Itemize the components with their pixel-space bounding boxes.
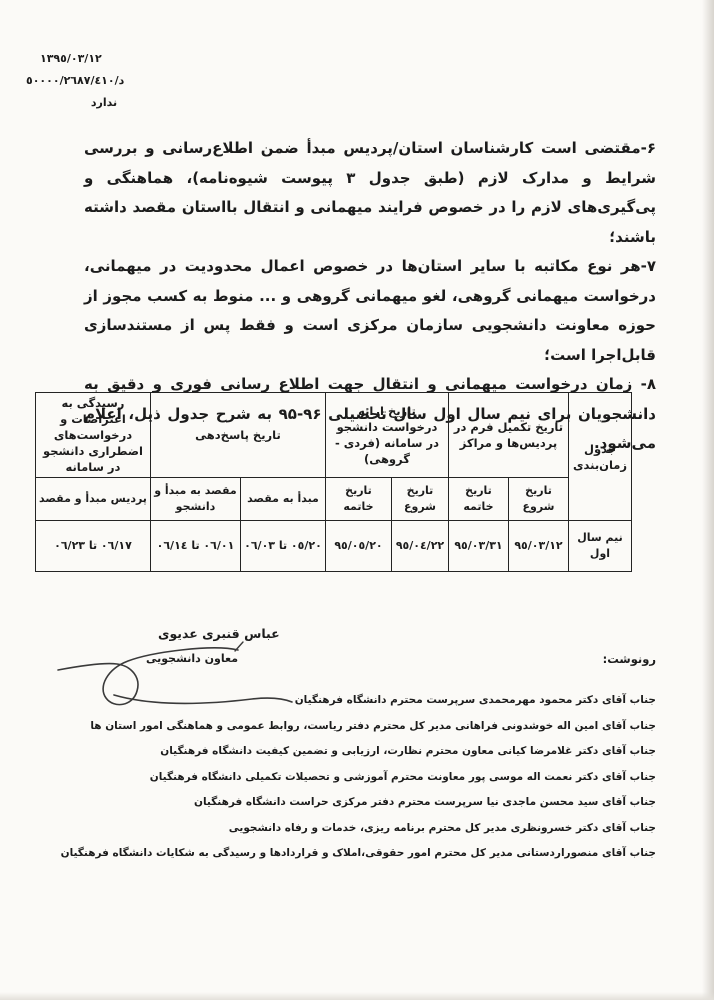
dest-to-origin-header: مقصد به مبدأ و دانشجو (150, 478, 240, 521)
student-request-group-header: تاریخ ارائه درخواست دانشجو در سامانه (فر… (325, 393, 448, 478)
cc-item: جناب آقای منصوراردستانی مدیر کل محترم ام… (116, 841, 656, 867)
cc-item: جناب آقای سید محسن ماجدی نیا سرپرست محتر… (116, 790, 656, 816)
objections-cell: ٠٦/١٧ تا ٠٦/٢٣ (35, 521, 150, 572)
cc-item: جناب آقای دکتر محمود مهرمحمدی سرپرست محت… (116, 688, 656, 714)
objections-group-header: رسیدگی به اعتراضات و درخواست‌های اضطراری… (35, 393, 150, 478)
request-end-header: تاریخ خاتمه (325, 478, 391, 521)
form-end-cell: ٩٥/٠٣/٣١ (448, 521, 508, 572)
response-group-header: تاریخ پاسخ‌دهی (150, 393, 325, 478)
form-completion-group-header: تاریخ تکمیل فرم در پردیس‌ها و مراکز (448, 393, 568, 478)
schedule-table: جدول زمان‌بندی تاریخ تکمیل فرم در پردیس‌… (35, 392, 632, 572)
cc-list: جناب آقای دکتر محمود مهرمحمدی سرپرست محت… (116, 688, 656, 867)
letterhead-fields: ١٣٩٥/٠٣/١٢ د/٥٠٠٠٠/٢٦٨٧/٤١٠ ندارد (26, 48, 156, 114)
dest-to-origin-cell: ٠٦/٠١ تا ٠٦/١٤ (150, 521, 240, 572)
scanned-letter-page: ١٣٩٥/٠٣/١٢ د/٥٠٠٠٠/٢٦٨٧/٤١٠ ندارد ۶-مقتض… (0, 0, 714, 1000)
cc-item: جناب آقای امین اله خوشدونی فراهانی مدیر … (116, 714, 656, 740)
paragraph-6: ۶-مقتضی است کارشناسان استان/پردیس مبدأ ض… (84, 134, 656, 252)
objections-sub-header: پردیس مبدأ و مقصد (35, 478, 150, 521)
letter-attachment: ندارد (26, 92, 156, 114)
letter-date: ١٣٩٥/٠٣/١٢ (26, 48, 156, 70)
letter-number: د/٥٠٠٠٠/٢٦٨٧/٤١٠ (26, 70, 156, 92)
paragraph-7: ۷-هر نوع مکاتبه با سایر استان‌ها در خصوص… (84, 252, 656, 370)
scan-edge-shadow (0, 992, 714, 1000)
scan-edge-shadow (702, 0, 714, 1000)
request-start-header: تاریخ شروع (391, 478, 448, 521)
timing-table-header: جدول زمان‌بندی (569, 393, 632, 521)
origin-to-dest-header: مبدأ به مقصد (240, 478, 325, 521)
cc-item: جناب آقای دکتر غلامرضا کیانی معاون محترم… (116, 739, 656, 765)
table-row: نیم سال اول ٩٥/٠٣/١٢ ٩٥/٠٣/٣١ ٩٥/٠٤/٢٢ ٩… (35, 521, 631, 572)
request-end-cell: ٩٥/٠٥/٢٠ (325, 521, 391, 572)
cc-label: رونوشت: (603, 652, 656, 666)
request-start-cell: ٩٥/٠٤/٢٢ (391, 521, 448, 572)
form-end-header: تاریخ خاتمه (448, 478, 508, 521)
signature-name: عباس قنبری عدیوی (158, 626, 280, 641)
cc-item: جناب آقای دکتر خسرونظری مدیر کل محترم بر… (116, 816, 656, 842)
cc-item: جناب آقای دکتر نعمت اله موسی پور معاونت … (116, 765, 656, 791)
semester-cell: نیم سال اول (569, 521, 632, 572)
form-start-cell: ٩٥/٠٣/١٢ (509, 521, 569, 572)
origin-to-dest-cell: ٠٥/٢٠ تا ٠٦/٠٣ (240, 521, 325, 572)
form-start-header: تاریخ شروع (509, 478, 569, 521)
